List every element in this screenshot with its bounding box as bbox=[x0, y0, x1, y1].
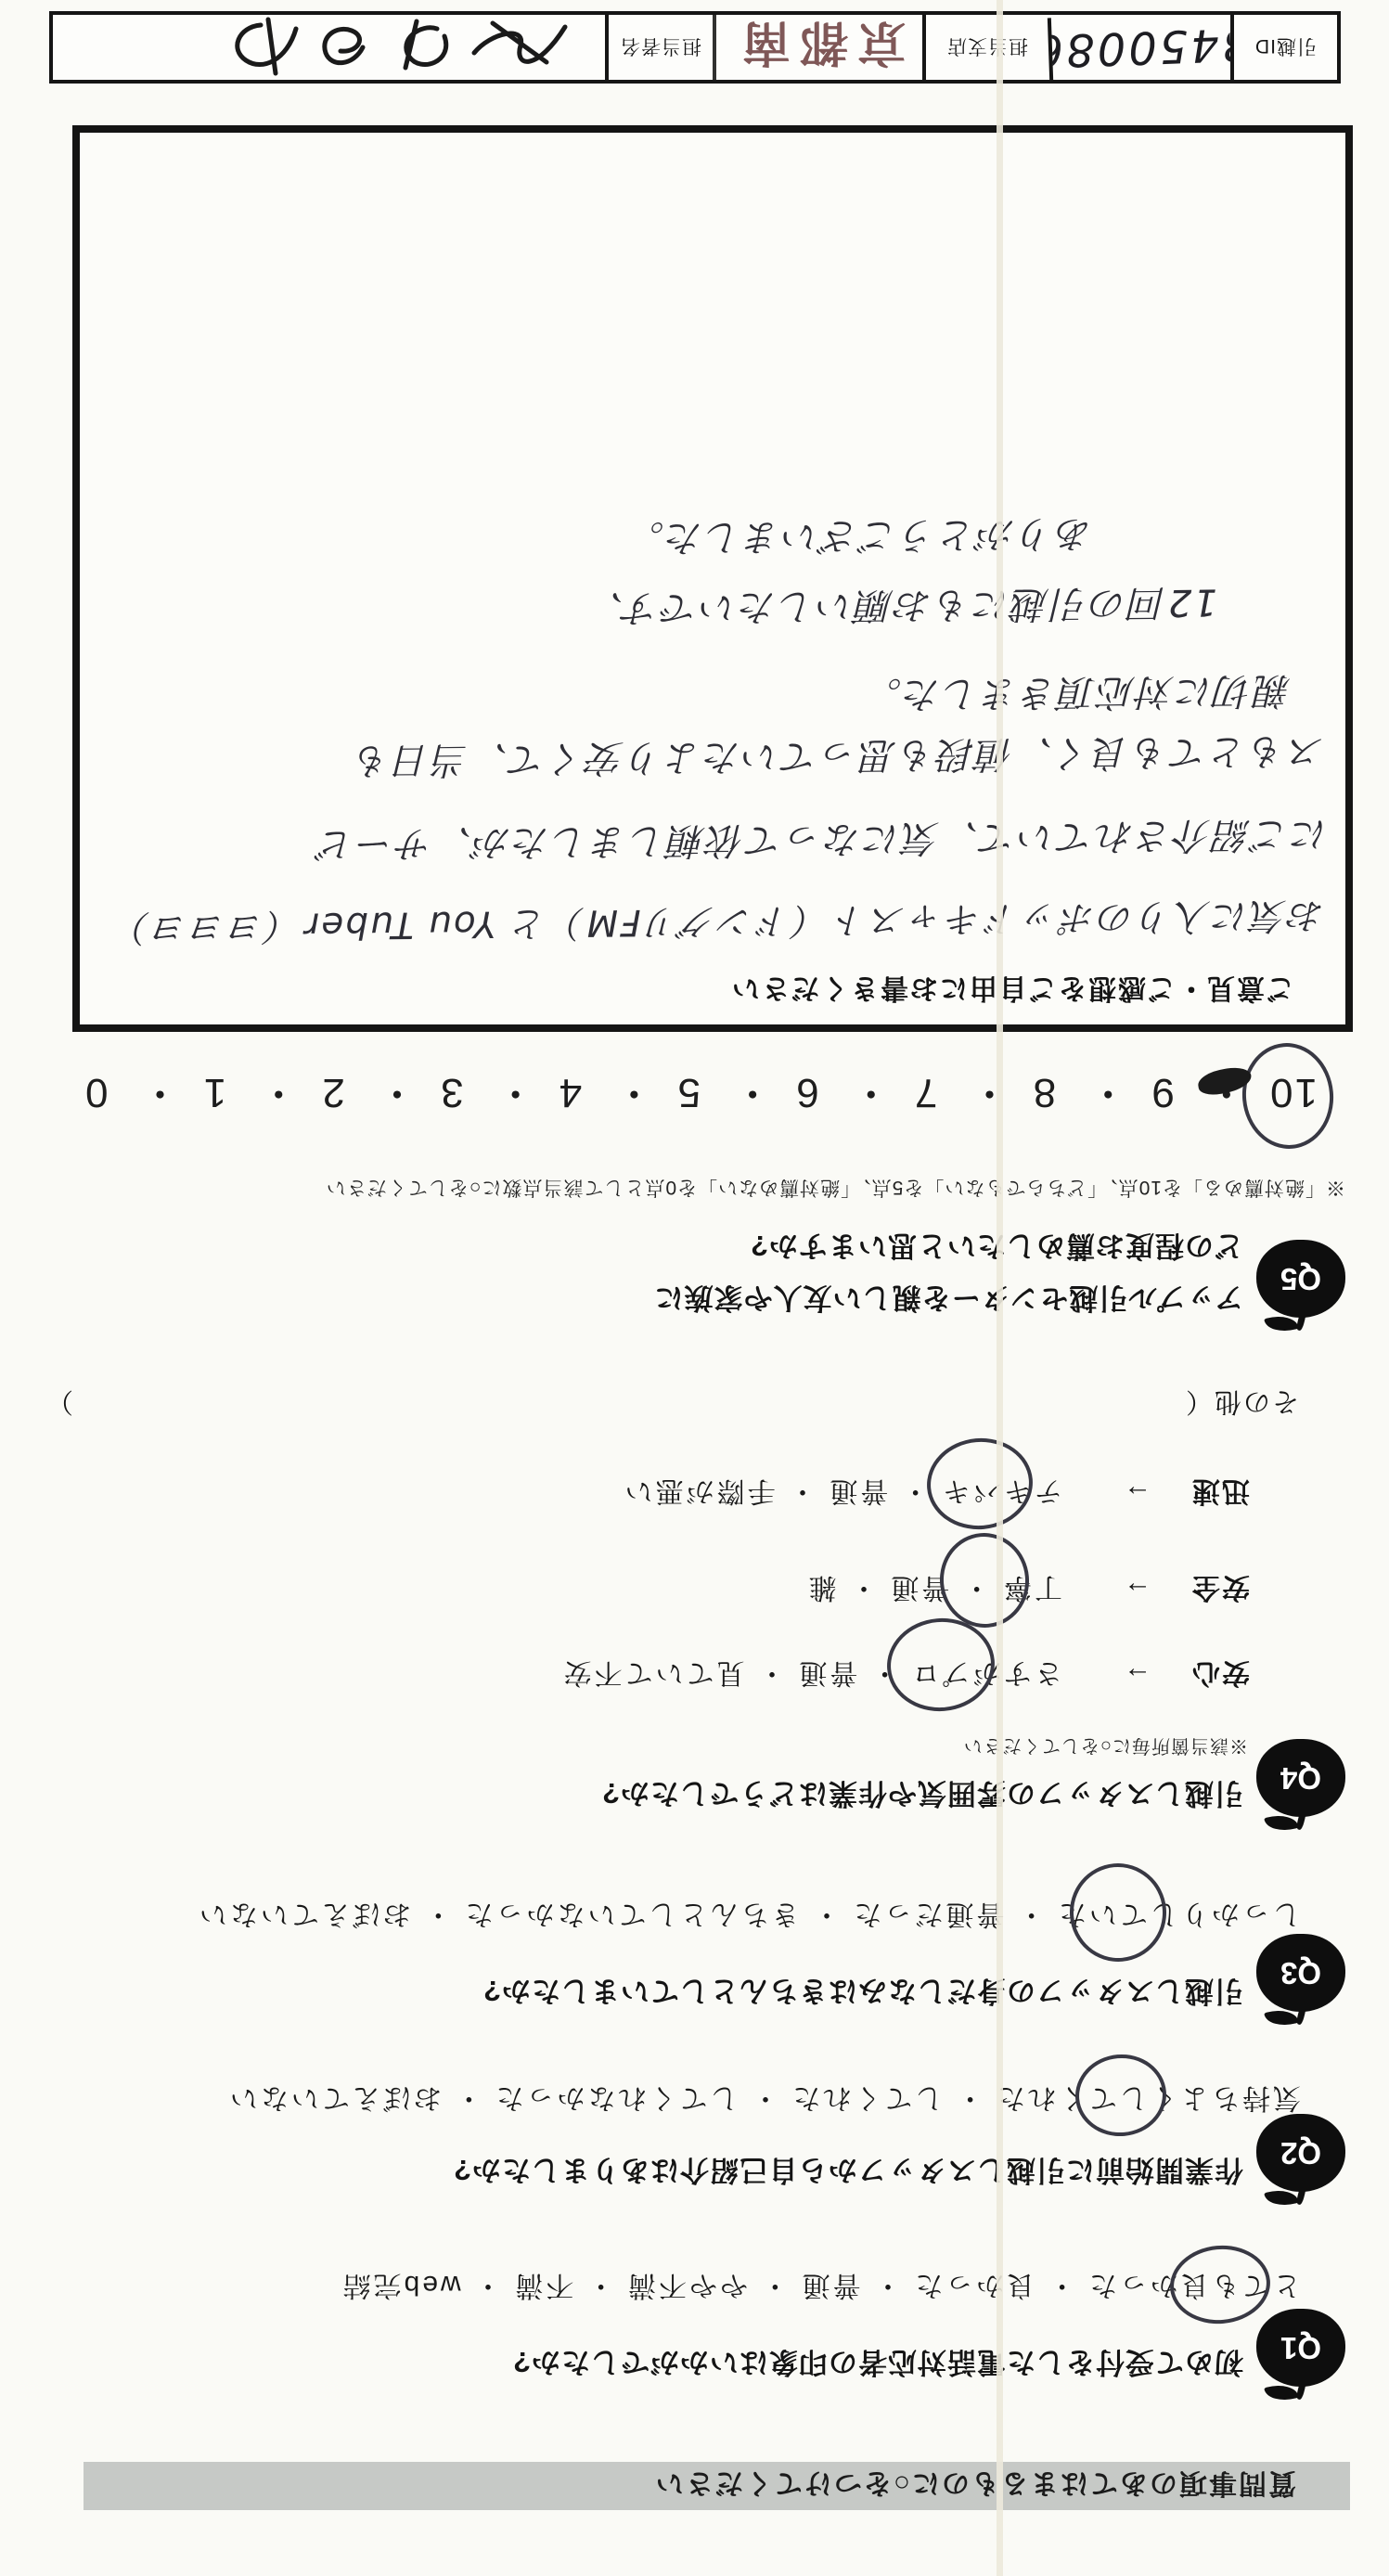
q3-apple-badge-icon: Q3 bbox=[1256, 1934, 1345, 2027]
handwritten-comment-line: ありがとうございました。 bbox=[625, 509, 1094, 567]
handwritten-comment-line: 12回の引越にもお願いしたいです、 bbox=[585, 578, 1217, 638]
q4-badge-label: Q4 bbox=[1256, 1739, 1345, 1817]
q3-question-text: 引越しスタッフの身だしなみはきちんとしていましたか? bbox=[482, 1973, 1243, 2015]
branch-label: 担当支店 bbox=[922, 15, 1048, 80]
handwritten-comment-line: お気に入りのポッドキャスト（ドングリFM）と You Tuber（ヨヨヨ） bbox=[112, 892, 1325, 957]
scanned-questionnaire-sheet: 質問事項のあてはまるものに○をつけてください Q1 初めて受付をした電話対応者の… bbox=[0, 0, 1389, 2576]
q3-badge-label: Q3 bbox=[1256, 1934, 1345, 2012]
staff-signature-cell bbox=[53, 15, 605, 80]
q4-other-close-paren: ） bbox=[46, 1385, 73, 1423]
arrow-right-icon: → bbox=[1124, 1478, 1151, 1510]
q5-rating-scale: 10 ・ 9 ・ 8 ・ 7 ・ 6 ・ 5 ・ 4 ・ 3 ・ 2 ・ 1 ・… bbox=[84, 1067, 1318, 1127]
id-header-table: 引越ID 3450086 担当支店 京都南 担当者名 bbox=[49, 11, 1341, 84]
q1-badge-label: Q1 bbox=[1256, 2309, 1345, 2387]
move-id-handwritten-value: 3450086 bbox=[1048, 12, 1231, 84]
q4-jinsoku-answer-circle bbox=[923, 1434, 1036, 1534]
q4-row-anshin-label: 安心 bbox=[1190, 1655, 1250, 1696]
arrow-right-icon: → bbox=[1124, 1660, 1151, 1692]
arrow-right-icon: → bbox=[1124, 1575, 1151, 1606]
q4-other-label: その他（ bbox=[1184, 1385, 1299, 1423]
q1-apple-badge-icon: Q1 bbox=[1256, 2309, 1345, 2402]
q5-scoring-note: ※「絶対薦める」を10点、「どちらでもない」を5点、「絶対薦めない」を0点として… bbox=[326, 1175, 1345, 1203]
q3-handwritten-answer-circle bbox=[1066, 1860, 1171, 1966]
rotated-scan-content: 質問事項のあてはまるものに○をつけてください Q1 初めて受付をした電話対応者の… bbox=[0, 0, 1389, 2576]
q2-handwritten-answer-circle bbox=[1072, 2051, 1169, 2140]
q4-question-text: 引越しスタッフの雰囲気や作業はどうでしたか? bbox=[601, 1775, 1243, 1817]
q5-question-text-line1: アップル引越センターを親しい友人や家族に bbox=[654, 1280, 1243, 1321]
comment-box: ご意見・ご感想をご自由にお書きください お気に入りのポッドキャスト（ドングリFM… bbox=[72, 125, 1353, 1032]
staff-signature-handwriting bbox=[56, 15, 603, 80]
comment-box-header: ご意見・ご感想をご自由にお書きください bbox=[730, 971, 1294, 1011]
branch-stamp: 京都南 bbox=[713, 15, 922, 80]
handwritten-comment-line: 親切に対応頂きました。 bbox=[863, 667, 1293, 725]
q4-anzen-answer-circle bbox=[936, 1529, 1034, 1631]
staff-name-label: 担当者名 bbox=[605, 15, 713, 80]
q2-question-text: 作業開始前に引越しスタッフから自己紹介はありましたか? bbox=[453, 2152, 1243, 2194]
q4-apple-badge-icon: Q4 bbox=[1256, 1739, 1345, 1832]
q5-apple-badge-icon: Q5 bbox=[1256, 1240, 1345, 1333]
title-bar: 質問事項のあてはまるものに○をつけてください bbox=[84, 2462, 1350, 2510]
scan-crease-line bbox=[997, 0, 1003, 2576]
q1-options-line: とても良かった ・ 良かった ・ 普通 ・ やや不満 ・ 不満 ・ web完結 bbox=[341, 2268, 1301, 2309]
handwritten-comment-line: スもとても良く、値段も思っていたより安くて、当日も bbox=[352, 728, 1325, 791]
q4-instruction-note: ※該当箇所毎に○をしてください bbox=[963, 1734, 1248, 1761]
q4-row-anzen-label: 安全 bbox=[1190, 1570, 1250, 1611]
q2-badge-label: Q2 bbox=[1256, 2114, 1345, 2192]
move-id-label: 引越ID bbox=[1230, 15, 1337, 80]
q5-badge-label: Q5 bbox=[1256, 1240, 1345, 1318]
q5-score-10-answer-circle bbox=[1238, 1039, 1338, 1153]
q4-row-jinsoku-label: 迅速 bbox=[1190, 1474, 1250, 1514]
q4-anshin-answer-circle bbox=[883, 1614, 998, 1716]
handwritten-comment-line: にご紹介されていて、気になって依頼しましたが、サービ bbox=[316, 810, 1330, 873]
title-bar-text: 質問事項のあてはまるものに○をつけてください bbox=[654, 2466, 1296, 2506]
q1-question-text: 初めて受付をした電話対応者の印象はいかがでしたか? bbox=[512, 2344, 1243, 2386]
q2-apple-badge-icon: Q2 bbox=[1256, 2114, 1345, 2207]
